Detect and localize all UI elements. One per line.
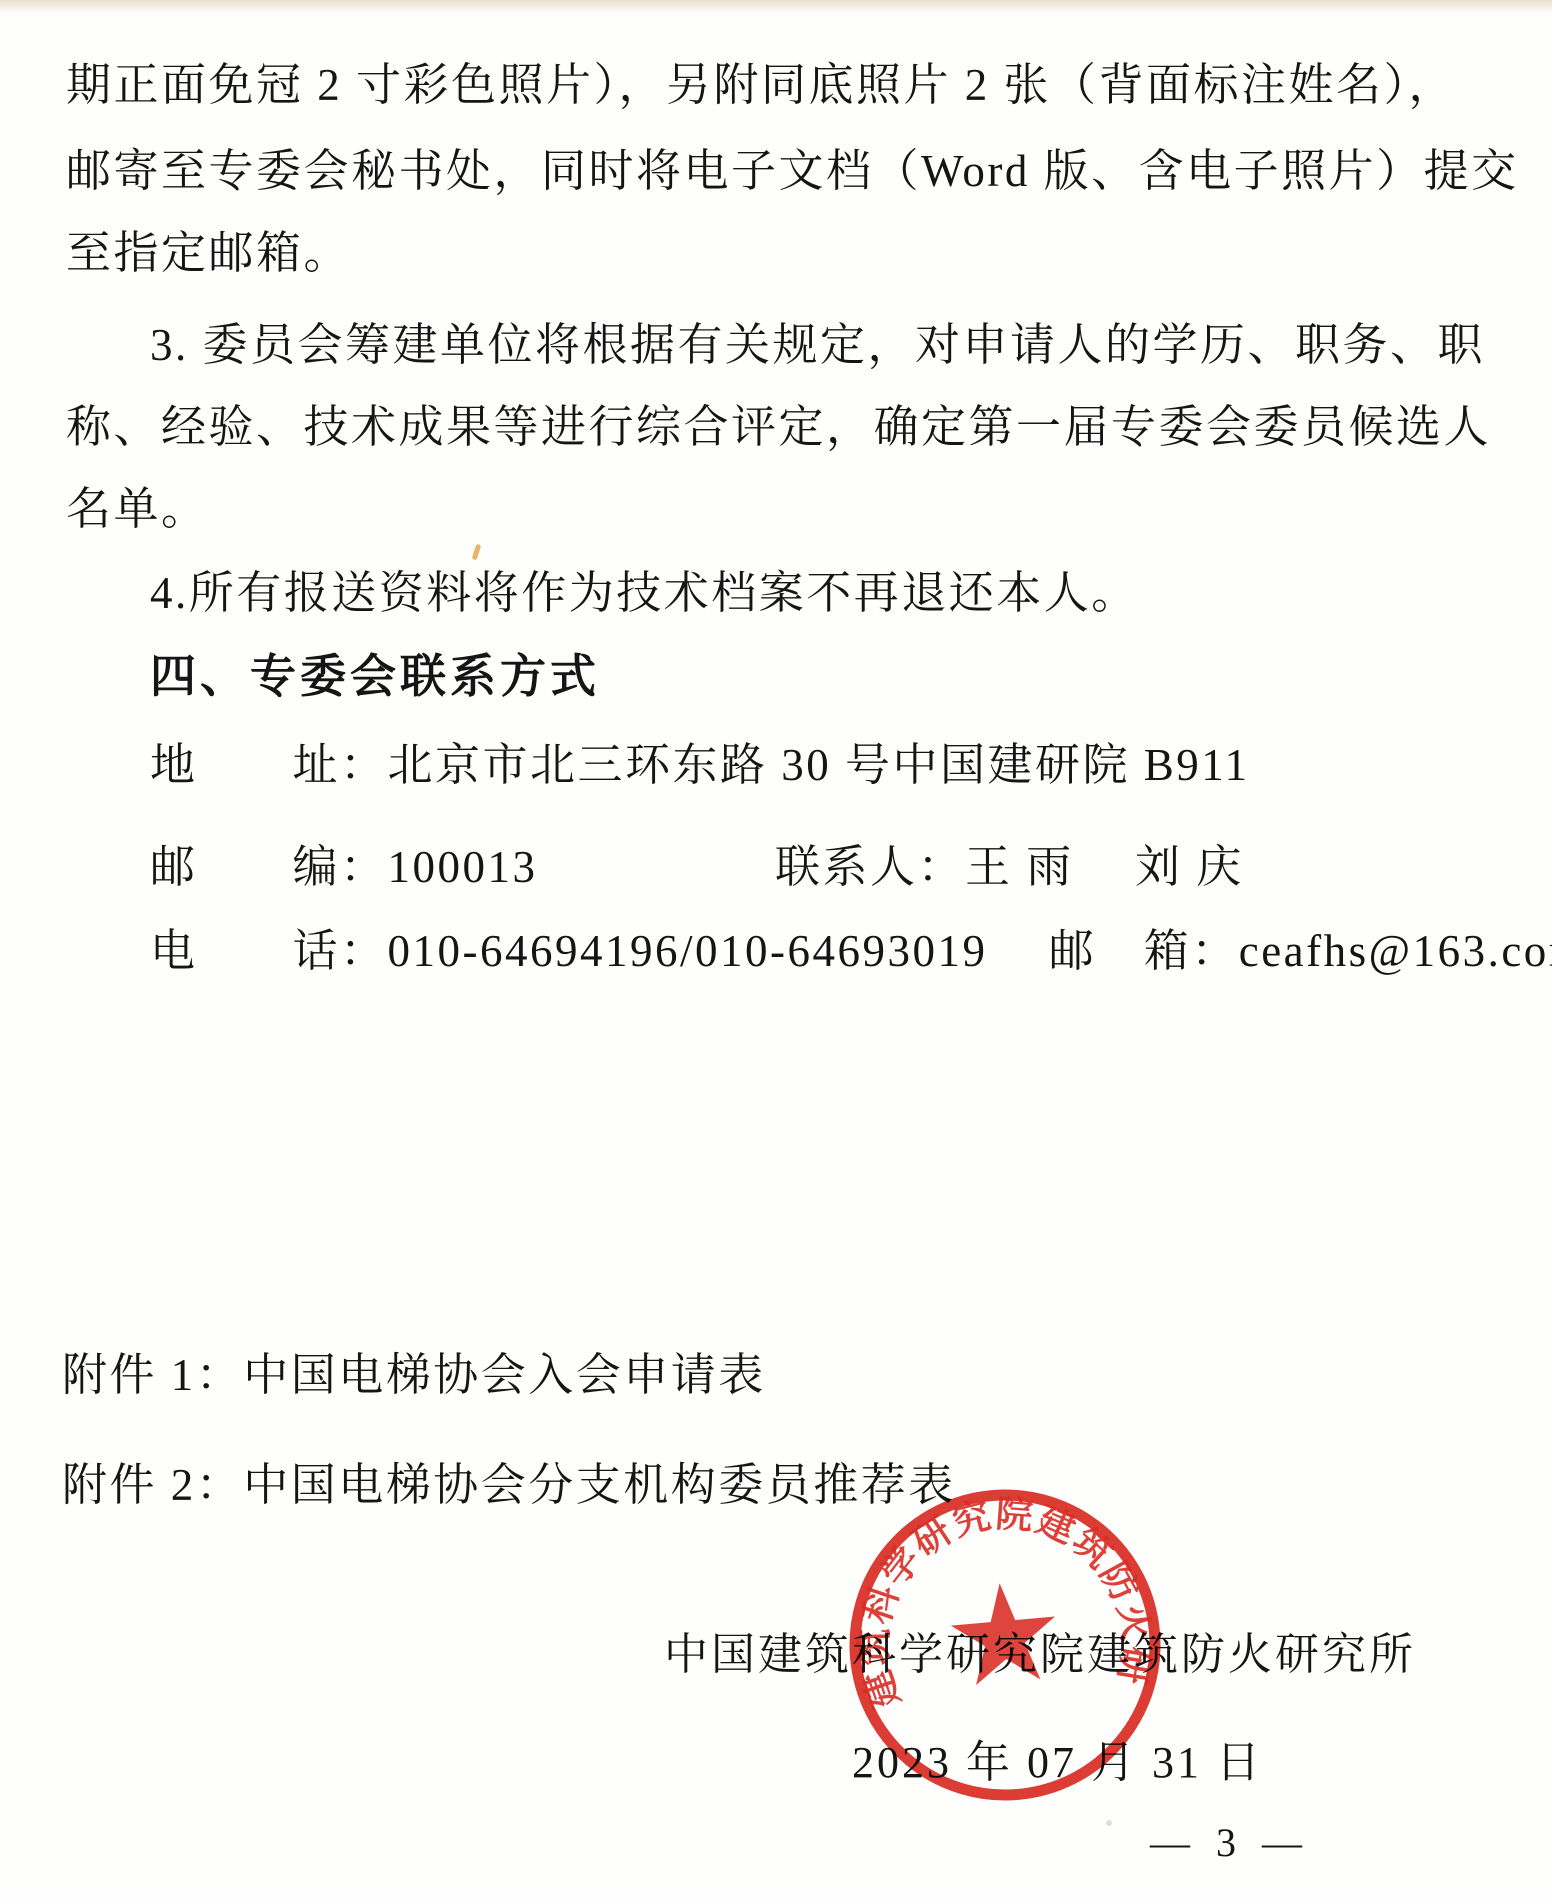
- body-text-line: 邮寄至专委会秘书处，同时将电子文档（Word 版、含电子照片）提交: [66, 146, 1519, 198]
- seal-arc-text: 中国建筑科学研究院建筑防火研究所: [826, 1466, 1161, 1717]
- scan-artifact: [472, 544, 482, 561]
- paragraph-3-line: 名单。: [66, 484, 209, 536]
- contact-postcode-line: 邮 编：100013 联系人：王 雨 刘 庆: [150, 842, 1244, 894]
- scan-artifact: [1106, 1820, 1112, 1826]
- seal-star-icon: [947, 1579, 1060, 1687]
- contact-address-line: 地 址：北京市北三环东路 30 号中国建研院 B911: [150, 740, 1250, 792]
- contact-phone-email-line: 电 话：010-64694196/010-64693019 邮 箱：ceafhs…: [150, 926, 1552, 978]
- official-seal: 中国建筑科学研究院建筑防火研究所: [826, 1466, 1184, 1824]
- attachment-2-line: 附件 2：中国电梯协会分支机构委员推荐表: [62, 1460, 956, 1512]
- body-text-line: 至指定邮箱。: [66, 228, 351, 280]
- page-number: — 3 —: [1150, 1820, 1310, 1866]
- paragraph-4-line: 4.所有报送资料将作为技术档案不再退还本人。: [150, 568, 1139, 620]
- body-text-line: 期正面免冠 2 寸彩色照片），另附同底照片 2 张（背面标注姓名），: [66, 60, 1456, 112]
- scanned-document-page: 期正面免冠 2 寸彩色照片），另附同底照片 2 张（背面标注姓名）， 邮寄至专委…: [0, 0, 1552, 1900]
- paragraph-3-line: 称、经验、技术成果等进行综合评定，确定第一届专委会委员候选人: [66, 402, 1491, 454]
- paragraph-3-line: 3. 委员会筹建单位将根据有关规定，对申请人的学历、职务、职: [150, 320, 1485, 372]
- svg-text:中国建筑科学研究院建筑防火研究所: 中国建筑科学研究院建筑防火研究所: [826, 1466, 1161, 1717]
- section-heading: 四、专委会联系方式: [150, 650, 600, 703]
- attachment-1-line: 附件 1：中国电梯协会入会申请表: [62, 1350, 766, 1402]
